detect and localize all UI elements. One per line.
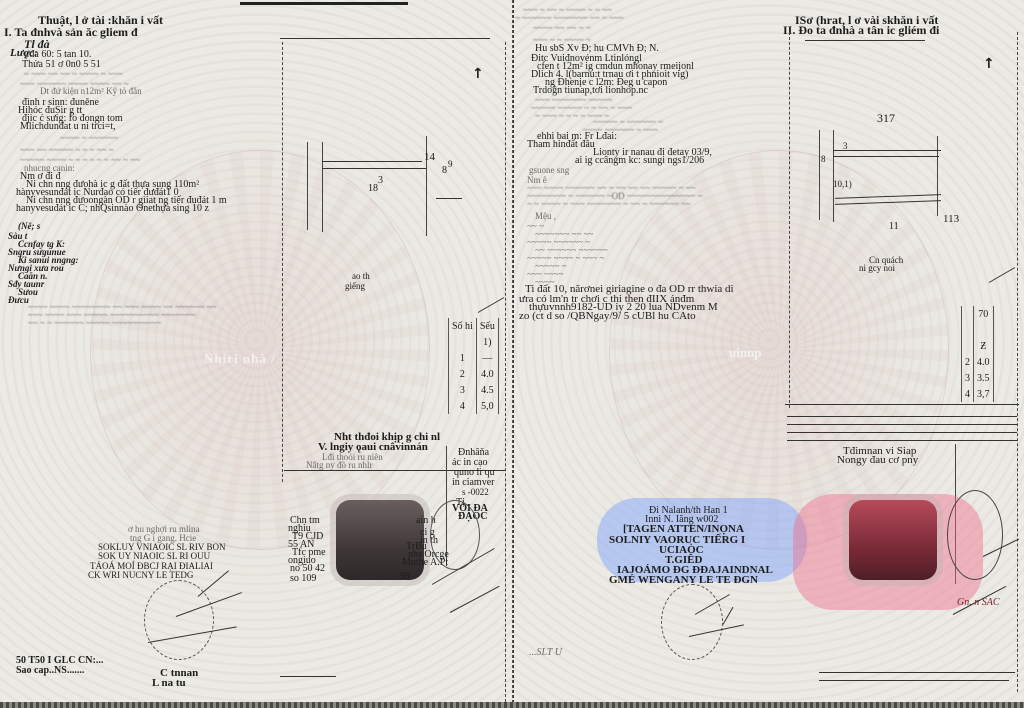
table-cell: 3,7 (974, 386, 994, 402)
table-header (962, 306, 974, 322)
text-line: ~~ ~ ~ ~~~~~~ ~~~~~ ~~~~~~~~~~ (28, 319, 161, 328)
diagram-label: 113 (943, 214, 959, 226)
parcel-edge (937, 136, 938, 216)
table-cell: 4 (449, 398, 477, 414)
box-title: Nongy đau cơ pny (837, 455, 918, 467)
frame-border (282, 42, 283, 482)
watermark: uinnp (729, 346, 762, 360)
parcel-edge (833, 156, 939, 157)
table-header: 70 (974, 306, 994, 322)
coordinates-table: 70 Ƶ 24.0 33.5 43,7 (961, 306, 994, 402)
parcel-edge (436, 198, 462, 199)
entry-line: 99 (400, 572, 410, 583)
rule (805, 40, 925, 41)
official-seal-icon (661, 584, 723, 660)
parcel-edge (833, 150, 941, 151)
table-cell: 4.5 (476, 382, 498, 398)
table-cell: 4.0 (974, 354, 994, 370)
scan-edge (0, 702, 1024, 708)
rule (787, 424, 1017, 425)
background-emblem (609, 150, 949, 550)
diagram-label: 3 (378, 176, 383, 187)
rule (787, 416, 1017, 417)
diagram-label: 8 (821, 155, 826, 164)
diagram-label: giếng (345, 282, 365, 291)
issue-number: Sao cap..NS....... (16, 666, 84, 677)
parcel-edge (478, 297, 504, 313)
table-cell: 4 (962, 386, 974, 402)
north-arrow-icon: ↑ (983, 56, 995, 72)
signature-mark (723, 607, 734, 625)
table-cell: 2 (962, 354, 974, 370)
frame-border (505, 42, 506, 702)
text-line: Tham hinđất đâu (527, 140, 595, 151)
table-cell: 5,0 (476, 398, 498, 414)
text-line: ai ig ccângm kc: sungi ngs1/206 (575, 156, 704, 167)
parcel-edge (322, 161, 422, 162)
rule (240, 2, 408, 5)
diagram-label: 14 (424, 152, 435, 164)
diagram-label: 9 (448, 160, 453, 169)
section-subheading: II. Đo ta đnhà a tân ic gliém đi (783, 24, 939, 37)
rule (785, 404, 1019, 405)
signer-name: L na tu (152, 678, 186, 690)
table-cell: 3.5 (974, 370, 994, 386)
table-cell: 2 (449, 366, 477, 382)
parcel-edge (989, 267, 1015, 283)
table-cell: 4.0 (476, 366, 498, 382)
diagram-label: 18 (368, 184, 378, 195)
parcel-edge (322, 142, 323, 232)
rule (280, 38, 490, 39)
signature-mark (198, 570, 229, 596)
watermark: Nhiri nhà / (204, 352, 276, 366)
dimension-line (307, 142, 308, 230)
box-note: s -0022 (462, 488, 489, 497)
text-line: ~ ~ ~~~~ ~ ~~~ ~~~~~~~ ~ ~~ ~ ~~~~~~ ~~ (527, 200, 691, 209)
rule (819, 680, 1009, 681)
table-cell: 3 (449, 382, 477, 398)
official-seal-icon (947, 490, 1003, 580)
footer-note: ...SLT U (529, 648, 562, 659)
diagram-label: 11 (889, 222, 899, 233)
photo-placeholder (849, 500, 937, 580)
diagram-label: 3 (843, 142, 848, 151)
signature-mark (450, 586, 500, 613)
table-cell: — (476, 350, 498, 366)
text-line: Dt đứ kiện n12m² Kỹ tỏ đằn (40, 87, 142, 96)
handwritten-signature: Gn. n SAC (957, 598, 1000, 609)
rule (787, 440, 1017, 441)
table-header: Sếu (476, 318, 498, 334)
rule (787, 432, 1017, 433)
diagram-label: ni gcy noi (859, 264, 895, 273)
text-line: hanyvesuđát ic C; nhQsinnào Ѳnethựa sing… (16, 204, 209, 215)
rule (819, 672, 1015, 673)
diagram-label: 8 (442, 166, 447, 177)
north-arrow-icon: ↑ (472, 66, 484, 82)
section-line: Đưcu (8, 296, 29, 305)
entry-line: so 109 (290, 574, 316, 585)
frame-border (1017, 32, 1018, 692)
coordinates-table: Số hiSếu 1) 1— 24.0 34.5 45,0 (448, 318, 499, 414)
rule (280, 676, 336, 677)
table-cell: 3 (962, 370, 974, 386)
text-line: zo (ct d so /QBNgay/9/ 5 cUBl hu CAto (519, 311, 696, 323)
page-fold (513, 0, 514, 708)
box-line: Nâtg ny đồ ru nhlr (306, 461, 373, 470)
parcel-edge (833, 130, 834, 222)
dimension-line (819, 130, 820, 220)
text-line: ~~~~ ~ ~~~~~~ (60, 134, 118, 143)
left-page: Thuật, l ở tài :khăn i vất I. Ta đnhvà s… (0, 0, 512, 708)
diagram-label: 10,1) (833, 180, 852, 189)
table-cell: 1 (449, 350, 477, 366)
diagram-label: 317 (877, 112, 895, 125)
table-cell: 1) (476, 334, 498, 350)
text-line: ~~~~ ~~ ~~ ~ ~ (533, 24, 591, 33)
parcel-edge (322, 168, 426, 169)
table-cell: Ƶ (974, 338, 994, 354)
right-page: ~~~ ~ ~~ ~ ~~~~ ~ ~ ~~ ~ ~~~~~~ ~~~~~~~ … (512, 0, 1024, 708)
text-line: Mlichdunđat u ni trci=t, (20, 122, 116, 133)
table-header: Số hi (449, 318, 477, 334)
frame-border (789, 32, 790, 408)
